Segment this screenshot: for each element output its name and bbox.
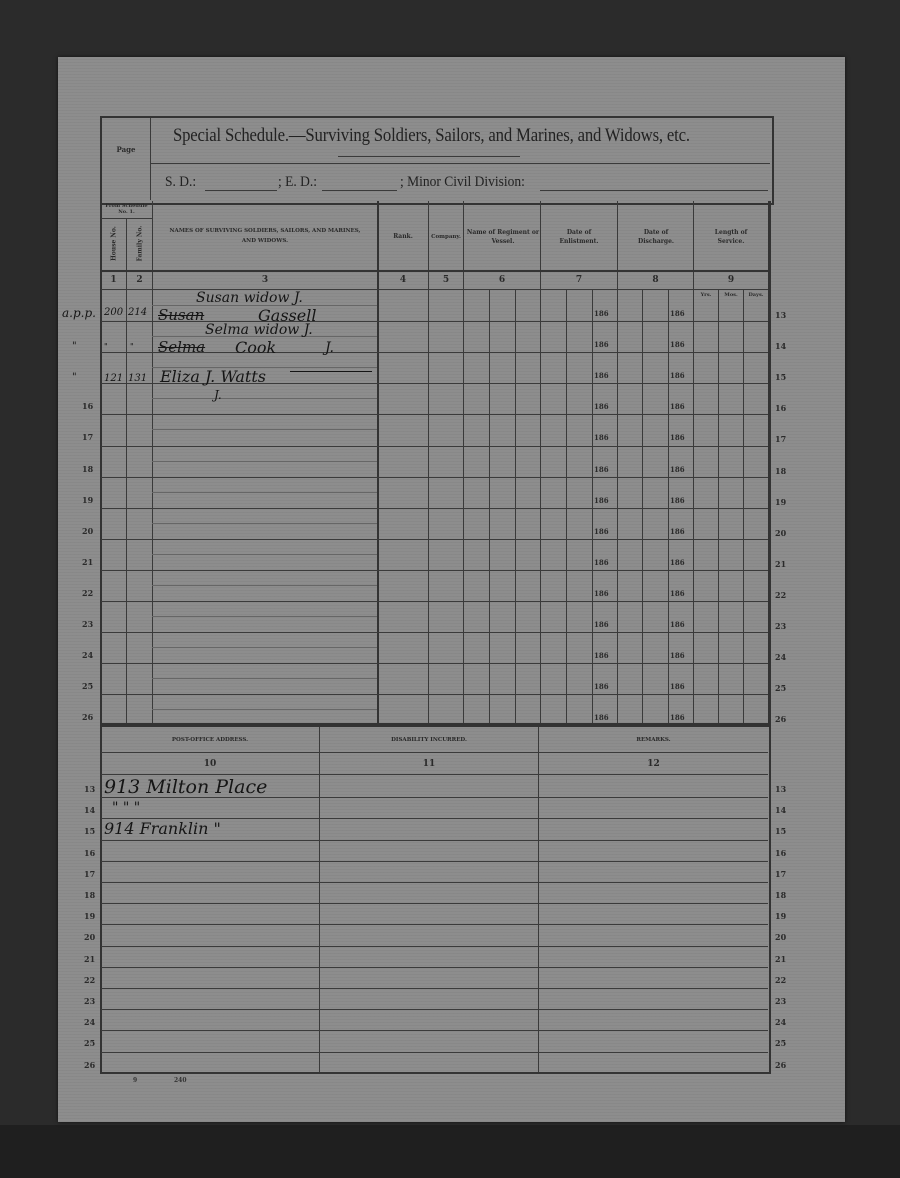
col8-sub-1 <box>642 290 643 723</box>
lower-colnum-rule <box>101 774 768 775</box>
entry-13-margin: a.p.p. <box>62 306 96 320</box>
enlistment-year-prefix: 186 <box>594 309 609 318</box>
col-num-12: 12 <box>539 759 768 769</box>
entry-15-margin: " <box>72 372 77 383</box>
from-schedule-label: From Schedule No. 1. <box>101 203 152 215</box>
lower-row-number-left: 21 <box>84 954 95 964</box>
col-header-post-office: Post-office Address. <box>101 736 319 745</box>
upper-row-rule <box>101 414 768 415</box>
entry-14-code: J. <box>325 340 334 356</box>
lower-row-number-right: 17 <box>775 869 786 879</box>
upper-row-number-left: 25 <box>82 681 93 691</box>
lower-row-number-left: 15 <box>84 826 95 836</box>
footer-mark-left: 9 <box>133 1077 137 1084</box>
discharge-year-prefix: 186 <box>670 620 685 629</box>
lower-row-rule <box>101 1052 768 1053</box>
discharge-year-prefix: 186 <box>670 433 685 442</box>
discharge-year-prefix: 186 <box>670 496 685 505</box>
upper-row-guide <box>152 647 377 648</box>
upper-row-guide <box>152 709 377 710</box>
lower-row-number-right: 22 <box>775 975 786 985</box>
enlistment-year-prefix: 186 <box>594 371 609 380</box>
enlistment-year-prefix: 186 <box>594 527 609 536</box>
lower-row-number-left: 24 <box>84 1017 95 1027</box>
upper-row-number-left: 26 <box>82 712 93 722</box>
col7-sub-1 <box>566 290 567 723</box>
col-header-family-no: Family No. <box>137 222 144 266</box>
col-header-rank: Rank. <box>378 232 428 241</box>
discharge-year-prefix: 186 <box>670 651 685 660</box>
lower-row-number-right: 20 <box>775 932 786 942</box>
upper-row-number-left: 24 <box>82 650 93 660</box>
col-header-regiment: Name of Regiment or Vessel. <box>466 228 540 246</box>
lower-col-divider-10-11 <box>319 727 320 1072</box>
mcd-label: ; Minor Civil Division: <box>400 174 525 191</box>
lower-row-number-left: 19 <box>84 911 95 921</box>
col-num-2: 2 <box>127 275 152 285</box>
upper-row-rule <box>101 477 768 478</box>
upper-row-guide <box>152 523 377 524</box>
upper-row-rule <box>101 539 768 540</box>
service-days-label: Days. <box>744 291 768 300</box>
col8-sub-2 <box>668 290 669 723</box>
discharge-year-prefix: 186 <box>670 309 685 318</box>
lower-row-number-right: 26 <box>775 1060 786 1070</box>
upper-row-number-right: 19 <box>775 497 786 507</box>
service-mos-label: Mos. <box>719 291 743 300</box>
lower-row-number-left: 14 <box>84 805 95 815</box>
enlistment-year-prefix: 186 <box>594 713 609 722</box>
lower-row-number-right: 14 <box>775 805 786 815</box>
lower-row-number-left: 16 <box>84 848 95 858</box>
lower-row-rule <box>101 967 768 968</box>
lower-row-number-left: 22 <box>84 975 95 985</box>
col7-sub-2 <box>592 290 593 723</box>
upper-row-number-right: 21 <box>775 559 786 569</box>
header-bottom-rule <box>101 270 768 272</box>
lower-row-rule <box>101 840 768 841</box>
lower-col-divider-11-12 <box>538 727 539 1072</box>
col-header-company: Company. <box>428 233 464 242</box>
discharge-year-prefix: 186 <box>670 465 685 474</box>
upper-row-number-right: 20 <box>775 528 786 538</box>
service-yrs-label: Yrs. <box>694 291 718 300</box>
lower-row-rule <box>101 946 768 947</box>
lower-row-rule <box>101 1009 768 1010</box>
lower-row-rule <box>101 903 768 904</box>
lower-row-number-right: 21 <box>775 954 786 964</box>
upper-row-rule <box>101 632 768 633</box>
ed-label: ; E. D.: <box>278 174 317 191</box>
upper-row-number-right: 14 <box>775 341 786 351</box>
discharge-year-prefix: 186 <box>670 589 685 598</box>
col-header-enlistment: Date of Enlistment. <box>551 228 607 246</box>
upper-row-rule <box>101 570 768 571</box>
upper-row-number-right: 26 <box>775 714 786 724</box>
col9-sub-1 <box>718 290 719 723</box>
col-header-disability: Disability Incurred. <box>320 736 538 745</box>
upper-row-number-left: 20 <box>82 526 93 536</box>
lower-row-number-left: 13 <box>84 784 95 794</box>
upper-row-number-right: 18 <box>775 466 786 476</box>
enlistment-year-prefix: 186 <box>594 496 609 505</box>
enlistment-year-prefix: 186 <box>594 433 609 442</box>
col-header-length: Length of Service. <box>703 228 759 246</box>
discharge-year-prefix: 186 <box>670 527 685 536</box>
col-num-4: 4 <box>378 275 428 285</box>
upper-row-rule <box>101 446 768 447</box>
enlistment-year-prefix: 186 <box>594 465 609 474</box>
lower-header-rule <box>101 752 768 753</box>
entry-14-family: " <box>130 342 134 351</box>
lower-row-rule <box>101 1030 768 1031</box>
col-num-11: 11 <box>320 759 538 769</box>
entry-14-margin: " <box>72 341 77 352</box>
discharge-year-prefix: 186 <box>670 682 685 691</box>
upper-row-guide <box>152 461 377 462</box>
entry-15-underline <box>290 371 372 372</box>
lower-row-number-right: 18 <box>775 890 786 900</box>
lower-row-number-left: 20 <box>84 932 95 942</box>
lower-row-number-right: 16 <box>775 848 786 858</box>
enlistment-year-prefix: 186 <box>594 682 609 691</box>
upper-row-number-right: 16 <box>775 403 786 413</box>
col-num-8: 8 <box>618 275 693 285</box>
col-header-names: Names of Surviving Soldiers, Sailors, an… <box>168 226 362 246</box>
upper-row-number-left: 17 <box>82 432 93 442</box>
address-13: 913 Milton Place <box>104 776 267 798</box>
upper-row-number-right: 23 <box>775 621 786 631</box>
col-num-5: 5 <box>429 275 463 285</box>
upper-row-number-right: 24 <box>775 652 786 662</box>
entry-13-name-struck: Susan <box>158 306 204 324</box>
entry-13-annotation: Susan widow J. <box>196 290 303 306</box>
lower-row-rule <box>101 861 768 862</box>
upper-row-guide <box>152 554 377 555</box>
discharge-year-prefix: 186 <box>670 713 685 722</box>
lower-row-number-left: 18 <box>84 890 95 900</box>
upper-row-number-right: 17 <box>775 434 786 444</box>
footer-mark-right: 240 <box>174 1077 187 1084</box>
lower-row-number-right: 15 <box>775 826 786 836</box>
upper-row-rule <box>101 694 768 695</box>
enlistment-year-prefix: 186 <box>594 558 609 567</box>
entry-14-annotation: Selma widow J. <box>205 322 313 338</box>
upper-row-number-left: 21 <box>82 557 93 567</box>
lower-row-number-left: 26 <box>84 1060 95 1070</box>
upper-row-guide <box>152 492 377 493</box>
col6-sub-2 <box>515 290 516 723</box>
from-schedule-rule <box>101 218 152 219</box>
entry-15-name: Eliza J. Watts <box>160 367 266 386</box>
upper-row-number-right: 22 <box>775 590 786 600</box>
page-label: Page <box>104 145 148 154</box>
entry-14-name: Cook <box>235 338 276 357</box>
entry-14-house: " <box>104 342 108 351</box>
enlistment-year-prefix: 186 <box>594 402 609 411</box>
address-15: 914 Franklin " <box>104 819 221 838</box>
lower-row-rule <box>101 882 768 883</box>
title-rule <box>338 156 520 157</box>
col-num-10: 10 <box>101 759 319 769</box>
upper-row-number-right: 15 <box>775 372 786 382</box>
upper-row-rule <box>101 663 768 664</box>
sd-label: S. D.: <box>165 174 196 191</box>
scanner-bottom-band <box>0 1125 900 1178</box>
col6-sub-1 <box>489 290 490 723</box>
lower-row-number-right: 24 <box>775 1017 786 1027</box>
upper-row-guide <box>152 398 377 399</box>
lower-row-number-left: 23 <box>84 996 95 1006</box>
upper-row-number-right: 13 <box>775 310 786 320</box>
enlistment-year-prefix: 186 <box>594 340 609 349</box>
col-num-1: 1 <box>101 275 126 285</box>
col-num-7: 7 <box>541 275 617 285</box>
page-box-divider <box>150 118 151 200</box>
discharge-year-prefix: 186 <box>670 340 685 349</box>
mcd-field[interactable] <box>540 190 768 191</box>
lower-row-rule <box>101 988 768 989</box>
lower-row-number-right: 13 <box>775 784 786 794</box>
lower-row-number-right: 25 <box>775 1038 786 1048</box>
lower-row-number-right: 23 <box>775 996 786 1006</box>
col-header-house-no: House No. <box>111 222 118 266</box>
col9-sub-2 <box>743 290 744 723</box>
upper-row-number-left: 16 <box>82 401 93 411</box>
col-num-6: 6 <box>464 275 540 285</box>
upper-row-number-right: 25 <box>775 683 786 693</box>
sd-field[interactable] <box>205 190 277 191</box>
enlistment-year-prefix: 186 <box>594 651 609 660</box>
upper-row-number-left: 23 <box>82 619 93 629</box>
enlistment-year-prefix: 186 <box>594 589 609 598</box>
upper-row-number-left: 22 <box>82 588 93 598</box>
form-title: Special Schedule.—Surviving Soldiers, Sa… <box>173 125 690 147</box>
discharge-year-prefix: 186 <box>670 558 685 567</box>
upper-row-guide <box>152 616 377 617</box>
col-header-discharge: Date of Discharge. <box>628 228 684 246</box>
upper-row-number-left: 19 <box>82 495 93 505</box>
upper-right-border <box>768 201 770 726</box>
entry-14-name-struck: Selma <box>158 338 205 356</box>
upper-row-guide <box>152 678 377 679</box>
enlistment-year-prefix: 186 <box>594 620 609 629</box>
lower-row-number-left: 25 <box>84 1038 95 1048</box>
col-num-9: 9 <box>694 275 768 285</box>
upper-row-number-left: 18 <box>82 464 93 474</box>
upper-row-guide <box>152 429 377 430</box>
col-num-3: 3 <box>153 275 377 285</box>
entry-13-house: 200 <box>104 307 123 318</box>
lower-row-number-left: 17 <box>84 869 95 879</box>
header-divider <box>150 163 770 164</box>
col-header-remarks: Remarks. <box>539 736 768 745</box>
upper-row-guide <box>152 585 377 586</box>
entry-13-family: 214 <box>128 307 147 318</box>
address-14: " " " <box>112 800 140 816</box>
discharge-year-prefix: 186 <box>670 371 685 380</box>
entry-15-family: 131 <box>128 373 147 384</box>
entry-15-code: J. <box>214 388 222 402</box>
lower-row-number-right: 19 <box>775 911 786 921</box>
discharge-year-prefix: 186 <box>670 402 685 411</box>
upper-row-rule <box>101 508 768 509</box>
lower-row-rule <box>101 924 768 925</box>
upper-row-rule <box>101 601 768 602</box>
ed-field[interactable] <box>322 190 397 191</box>
col-divider-1-2 <box>126 218 127 723</box>
entry-15-house: 121 <box>104 373 123 384</box>
